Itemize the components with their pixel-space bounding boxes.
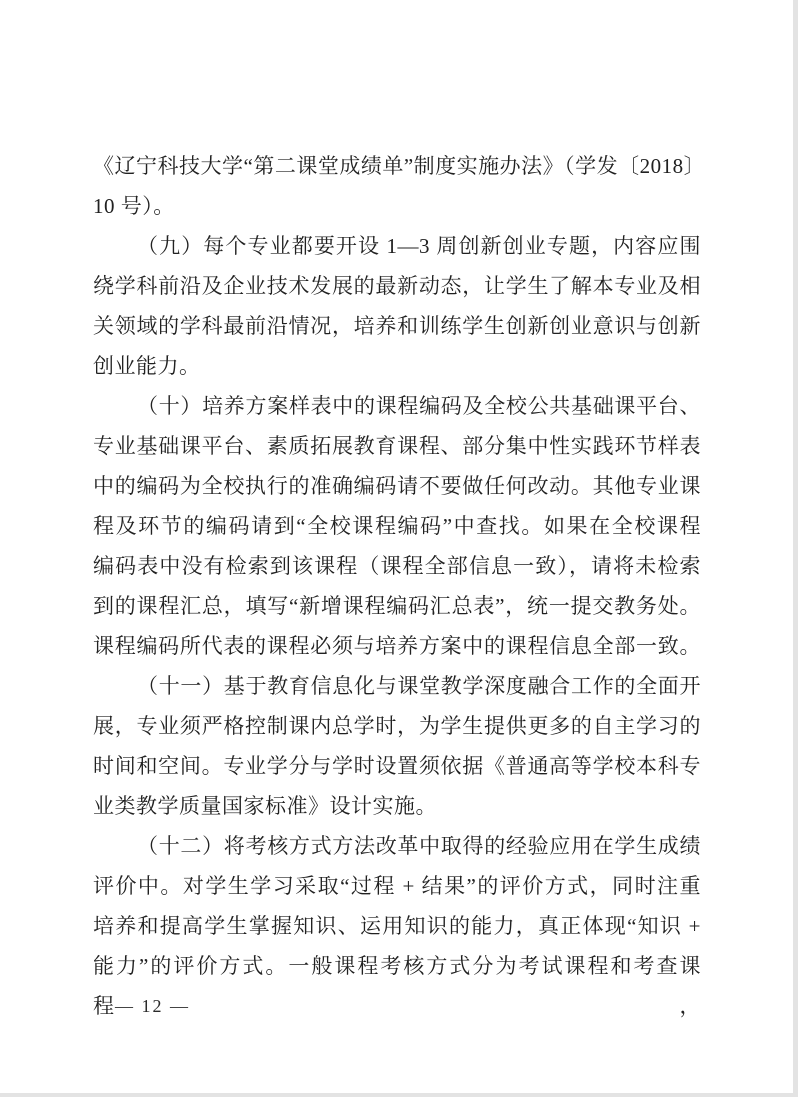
- text-line: 10 号）。: [93, 186, 701, 226]
- text-line: 程及环节的编码请到“全校课程编码”中查找。如果在全校课程: [93, 506, 701, 546]
- paragraph-continuation: 《辽宁科技大学“第二课堂成绩单”制度实施办法》（学发〔2018〕 10 号）。: [93, 146, 701, 226]
- paragraph-item-12: （十二）将考核方式方法改革中取得的经验应用在学生成绩 评价中。对学生学习采取“过…: [93, 826, 701, 986]
- paragraph-item-11: （十一）基于教育信息化与课堂教学深度融合工作的全面开 展，专业须严格控制课内总学…: [93, 666, 701, 826]
- text-line: 展，专业须严格控制课内总学时，为学生提供更多的自主学习的: [93, 706, 701, 746]
- text-line: 专业基础课平台、素质拓展教育课程、部分集中性实践环节样表: [93, 426, 701, 466]
- text-line: 关领域的学科最前沿情况，培养和训练学生创新创业意识与创新: [93, 306, 701, 346]
- text-line: （十）培养方案样表中的课程编码及全校公共基础课平台、: [93, 386, 701, 426]
- text-line: 时间和空间。专业学分与学时设置须依据《普通高等学校本科专: [93, 746, 701, 786]
- text-line: 绕学科前沿及企业技术发展的最新动态，让学生了解本专业及相: [93, 266, 701, 306]
- text-line: 中的编码为全校执行的准确编码请不要做任何改动。其他专业课: [93, 466, 701, 506]
- page-number: — 12 —: [115, 996, 190, 1017]
- text-line: 课程编码所代表的课程必须与培养方案中的课程信息全部一致。: [93, 626, 701, 666]
- document-page: 《辽宁科技大学“第二课堂成绩单”制度实施办法》（学发〔2018〕 10 号）。 …: [0, 0, 798, 1097]
- paragraph-item-10: （十）培养方案样表中的课程编码及全校公共基础课平台、 专业基础课平台、素质拓展教…: [93, 386, 701, 666]
- text-line: 培养和提高学生掌握知识、运用知识的能力，真正体现“知识 +: [93, 906, 701, 946]
- text-line: 《辽宁科技大学“第二课堂成绩单”制度实施办法》（学发〔2018〕: [93, 146, 701, 186]
- text-line: 业类教学质量国家标准》设计实施。: [93, 786, 701, 826]
- text-line: （十二）将考核方式方法改革中取得的经验应用在学生成绩: [93, 826, 701, 866]
- document-body: 《辽宁科技大学“第二课堂成绩单”制度实施办法》（学发〔2018〕 10 号）。 …: [93, 146, 701, 986]
- text-line: 评价中。对学生学习采取“过程 + 结果”的评价方式，同时注重: [93, 866, 701, 906]
- text-line: （十一）基于教育信息化与课堂教学深度融合工作的全面开: [93, 666, 701, 706]
- paragraph-item-9: （九）每个专业都要开设 1—3 周创新创业专题，内容应围 绕学科前沿及企业技术发…: [93, 226, 701, 386]
- text-line: （九）每个专业都要开设 1—3 周创新创业专题，内容应围: [93, 226, 701, 266]
- text-line: 编码表中没有检索到该课程（课程全部信息一致），请将未检索: [93, 546, 701, 586]
- text-line: 能力”的评价方式。一般课程考核方式分为考试课程和考查课程，: [93, 946, 701, 986]
- text-line: 创业能力。: [93, 346, 701, 386]
- text-line: 到的课程汇总，填写“新增课程编码汇总表”，统一提交教务处。: [93, 586, 701, 626]
